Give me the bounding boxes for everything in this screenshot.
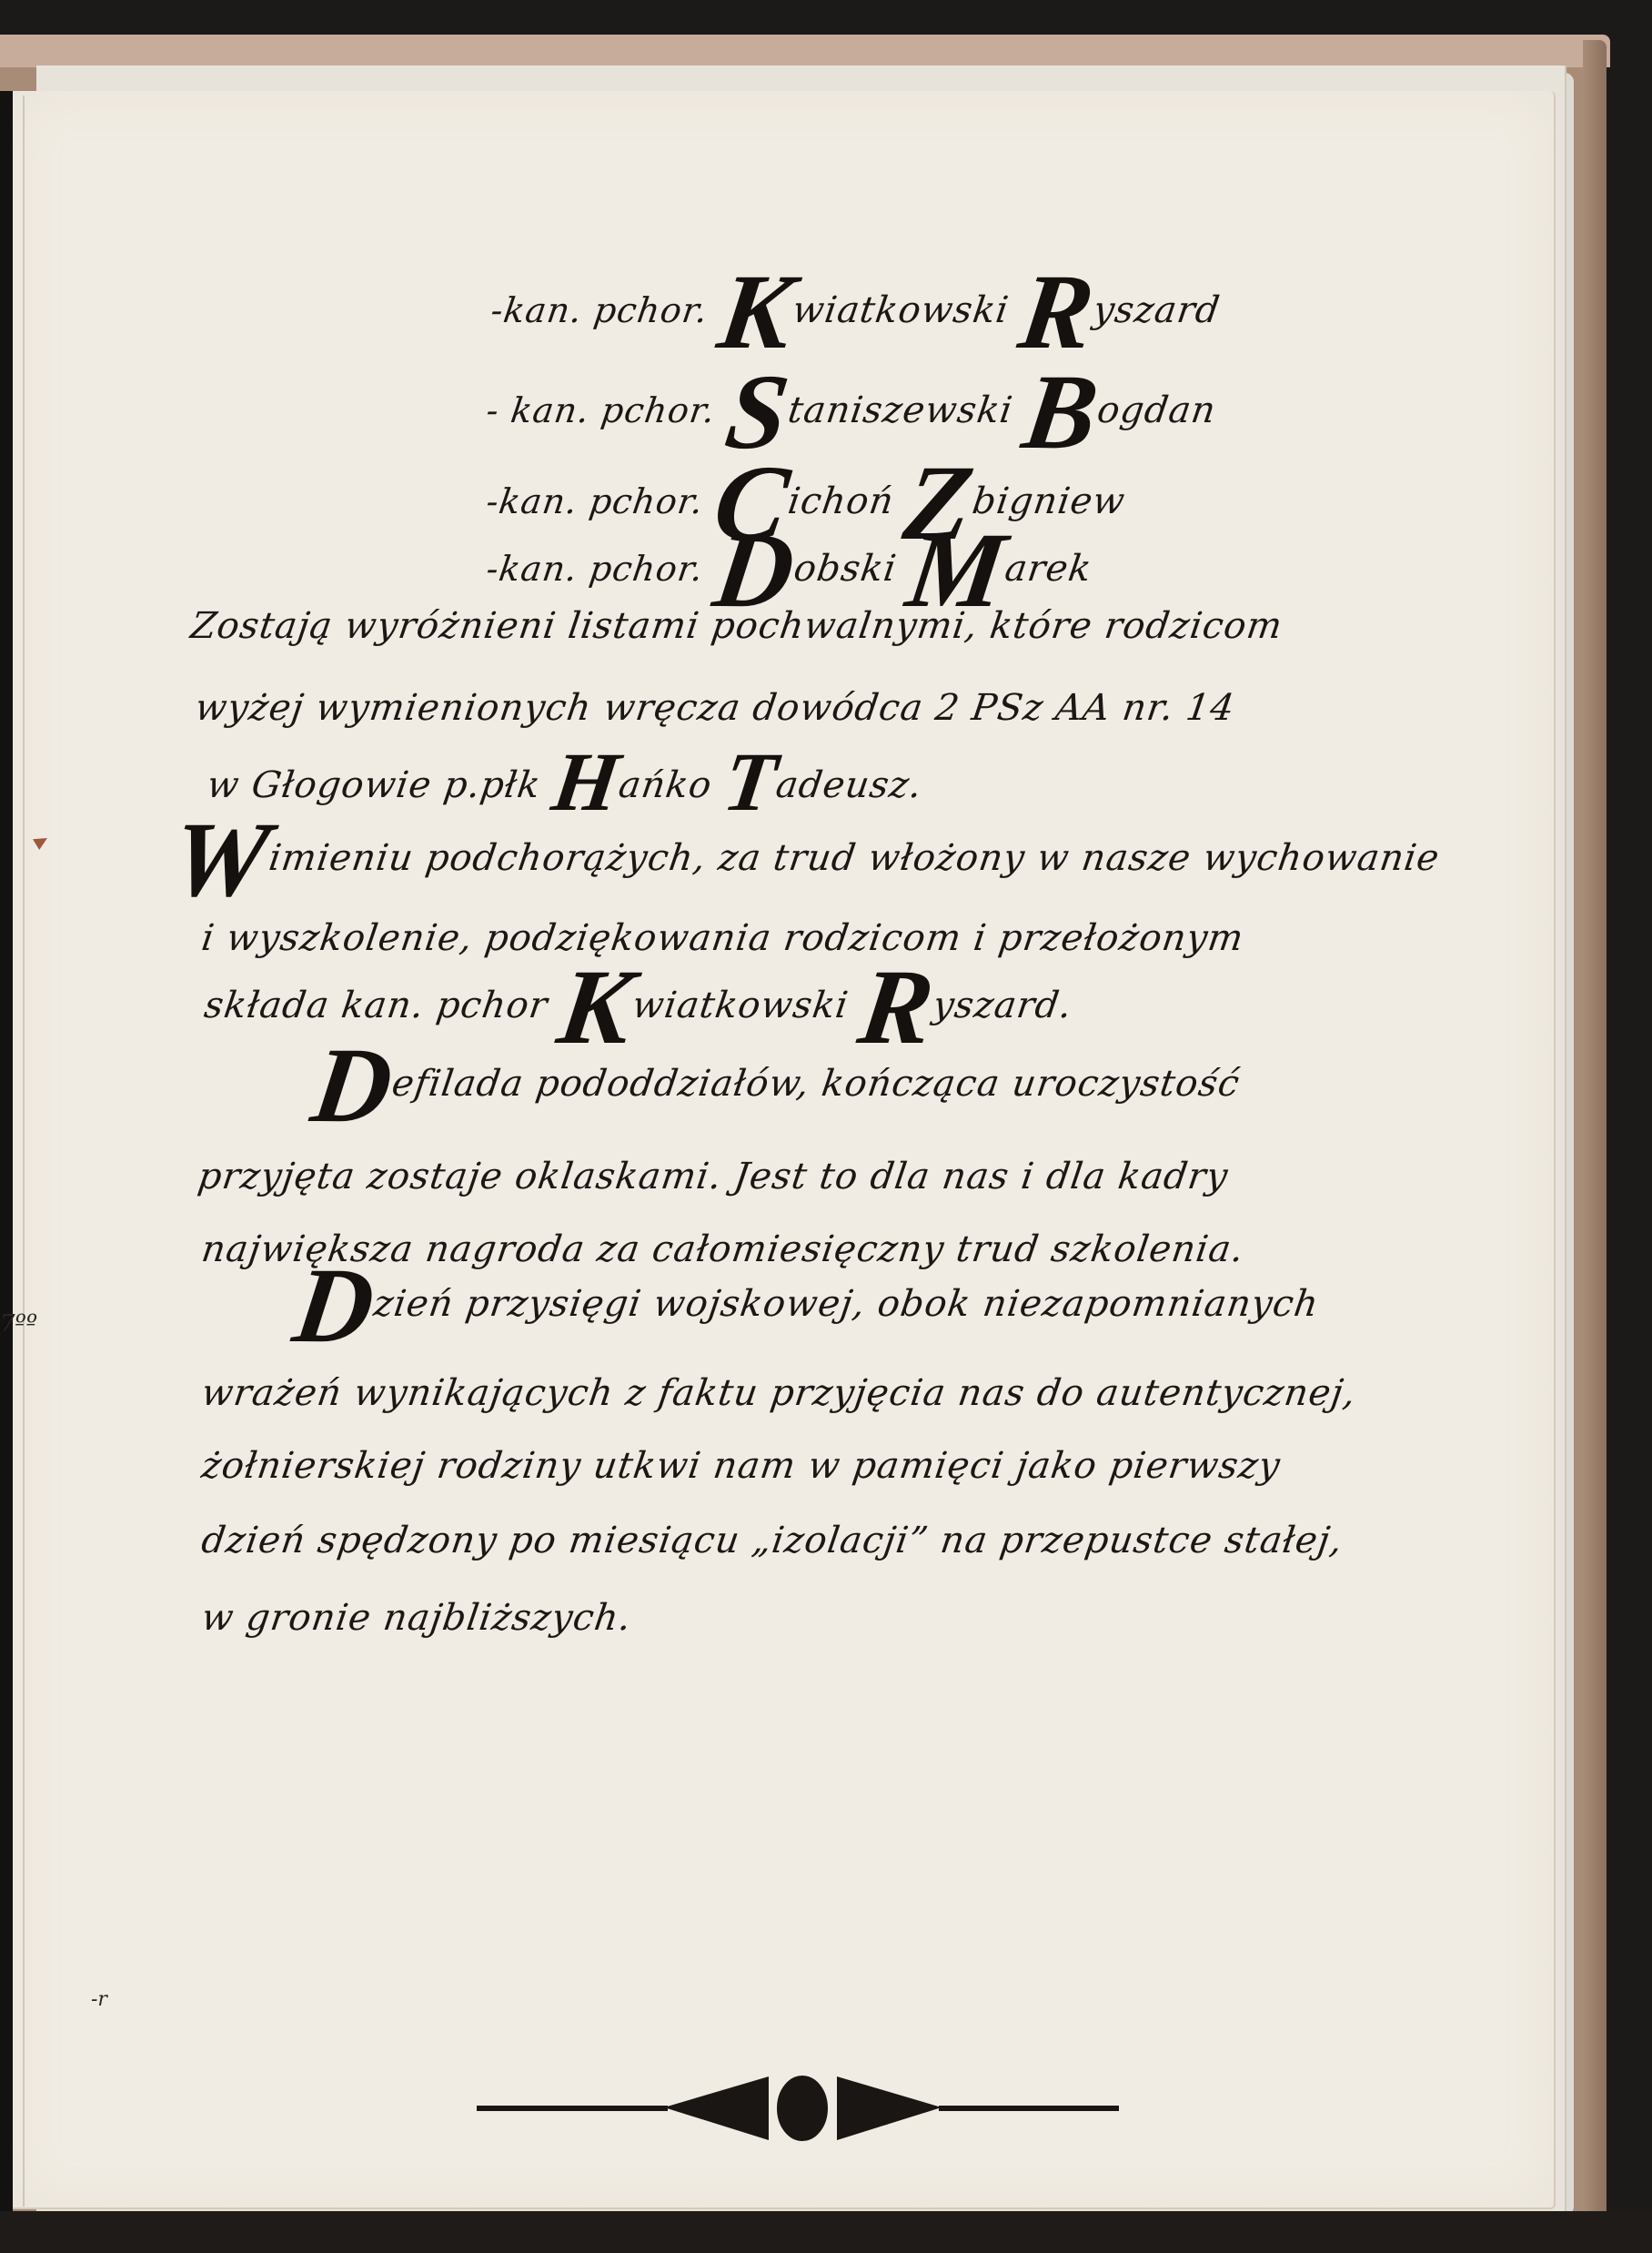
- text-line: Dzień przysięgi wojskowej, obok niezapom…: [293, 1283, 1322, 1325]
- text-line: żołnierskiej rodziny utkwi nam w pamięci…: [199, 1445, 1284, 1487]
- text-line: przyjęta zostaje oklaskami. Jest to dla …: [196, 1156, 1231, 1197]
- initial-letter: H: [547, 735, 626, 828]
- handwritten-content: -kan. pchor. Kwiatkowski Ryszard - kan. …: [0, 0, 1652, 2253]
- initial-letter: B: [1016, 352, 1105, 471]
- text-fragment: składa kan. pchor: [202, 985, 550, 1026]
- rank-label: - kan. pchor.: [484, 390, 718, 430]
- name-fragment: wiatkowski: [630, 985, 851, 1026]
- text-fragment: efilada pododdziałów, kończąca uroczysto…: [389, 1063, 1243, 1105]
- text-line: wrażeń wynikających z faktu przyjęcia na…: [199, 1372, 1359, 1414]
- roster-entry: -kan. pchor. Dobski Marek: [484, 548, 1094, 590]
- divider-eye-ornament: [473, 2066, 1119, 2166]
- surname: ichoń: [785, 480, 896, 522]
- text-line: w gronie najbliższych.: [199, 1597, 635, 1639]
- drop-cap: W: [165, 800, 277, 919]
- rank-label: -kan. pchor.: [484, 549, 706, 589]
- given-name: yszard: [1091, 289, 1223, 331]
- text-line: Zostają wyróżnieni listami pochwalnymi, …: [188, 605, 1285, 647]
- name-fragment: ańko: [616, 764, 714, 806]
- name-fragment: adeusz.: [773, 764, 925, 806]
- name-fragment: yszard.: [931, 985, 1075, 1026]
- text-line: Defilada pododdziałów, kończąca uroczyst…: [311, 1063, 1243, 1105]
- roster-entry: -kan. pchor. Kwiatkowski Ryszard: [489, 289, 1223, 331]
- initial-letter: T: [719, 735, 784, 828]
- text-line: Wimieniu podchorążych, za trud włożony w…: [170, 837, 1443, 879]
- text-fragment: imieniu podchorążych, za trud włożony w …: [267, 837, 1443, 879]
- drop-cap: D: [287, 1246, 383, 1365]
- roster-entry: - kan. pchor. Staniszewski Bogdan: [484, 389, 1219, 431]
- rank-label: -kan. pchor.: [489, 290, 710, 330]
- initial-letter: K: [551, 947, 640, 1066]
- rank-label: -kan. pchor.: [484, 481, 706, 521]
- text-line: i wyszkolenie, podziękowania rodzicom i …: [199, 917, 1246, 959]
- roster-entry: -kan. pchor. Cichoń Zbigniew: [484, 480, 1128, 522]
- surname: wiatkowski: [790, 289, 1012, 331]
- text-fragment: zień przysięgi wojskowej, obok niezapomn…: [371, 1283, 1322, 1325]
- surname: taniszewski: [785, 389, 1015, 431]
- text-line: składa kan. pchor Kwiatkowski Ryszard.: [202, 985, 1075, 1026]
- initial-letter: R: [852, 947, 942, 1066]
- text-line: dzień spędzony po miesiącu „izolacji” na…: [199, 1520, 1345, 1561]
- given-name: arek: [1002, 548, 1094, 590]
- surname: obski: [791, 548, 900, 590]
- given-name: ogdan: [1094, 389, 1218, 431]
- text-line: w Głogowie p.płk Hańko Tadeusz.: [205, 764, 925, 806]
- drop-cap: D: [306, 1025, 401, 1145]
- text-line: wyżej wymienionych wręcza dowódca 2 PSz …: [193, 687, 1237, 729]
